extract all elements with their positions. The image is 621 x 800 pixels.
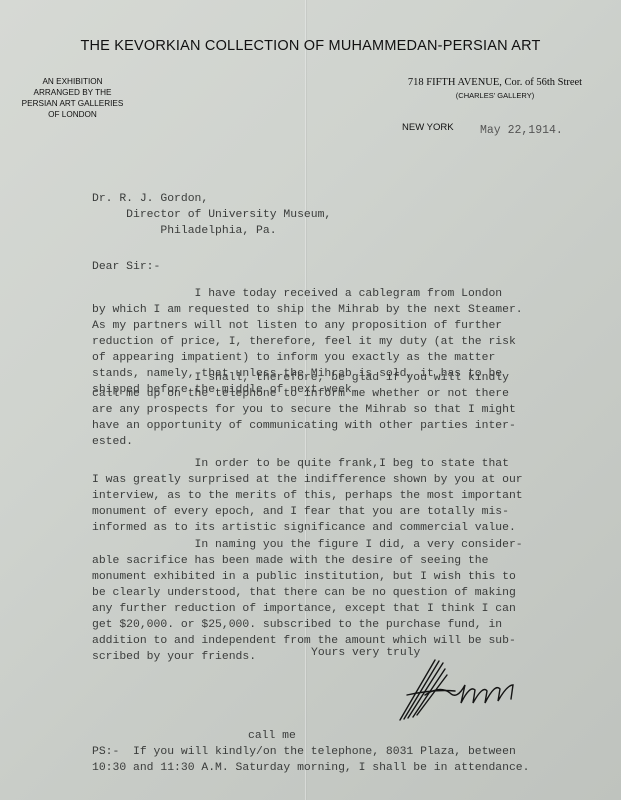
letterhead-exhibition-note: AN EXHIBITION ARRANGED BY THE PERSIAN AR… <box>10 76 135 120</box>
recipient-line: Dr. R. J. Gordon, <box>92 191 331 207</box>
signature-icon <box>395 655 525 725</box>
exhibition-line: AN EXHIBITION <box>10 76 135 87</box>
postscript-insert: call me <box>248 728 296 744</box>
salutation: Dear Sir:- <box>92 259 160 275</box>
paragraph-4: In naming you the figure I did, a very c… <box>92 537 523 665</box>
gallery-name: (CHARLES' GALLERY) <box>385 89 605 102</box>
letter-page: THE KEVORKIAN COLLECTION OF MUHAMMEDAN-P… <box>0 0 621 800</box>
address-line: 718 FIFTH AVENUE, Cor. of 56th Street <box>385 76 605 89</box>
recipient-line: Philadelphia, Pa. <box>92 223 331 239</box>
recipient-address: Dr. R. J. Gordon, Director of University… <box>92 191 331 239</box>
postscript: PS:- If you will kindly/on the telephone… <box>92 744 529 776</box>
letter-date: May 22,1914. <box>480 124 563 137</box>
letterhead-title: THE KEVORKIAN COLLECTION OF MUHAMMEDAN-P… <box>0 38 621 54</box>
letterhead-address: 718 FIFTH AVENUE, Cor. of 56th Street (C… <box>385 76 605 102</box>
exhibition-line: PERSIAN ART GALLERIES <box>10 98 135 109</box>
exhibition-line: ARRANGED BY THE <box>10 87 135 98</box>
paragraph-2: I shall, therefore, be glad if you will … <box>92 370 516 450</box>
paragraph-3: In order to be quite frank,I beg to stat… <box>92 456 523 536</box>
letterhead-city: NEW YORK <box>402 122 454 133</box>
recipient-line: Director of University Museum, <box>92 207 331 223</box>
exhibition-line: OF LONDON <box>10 109 135 120</box>
